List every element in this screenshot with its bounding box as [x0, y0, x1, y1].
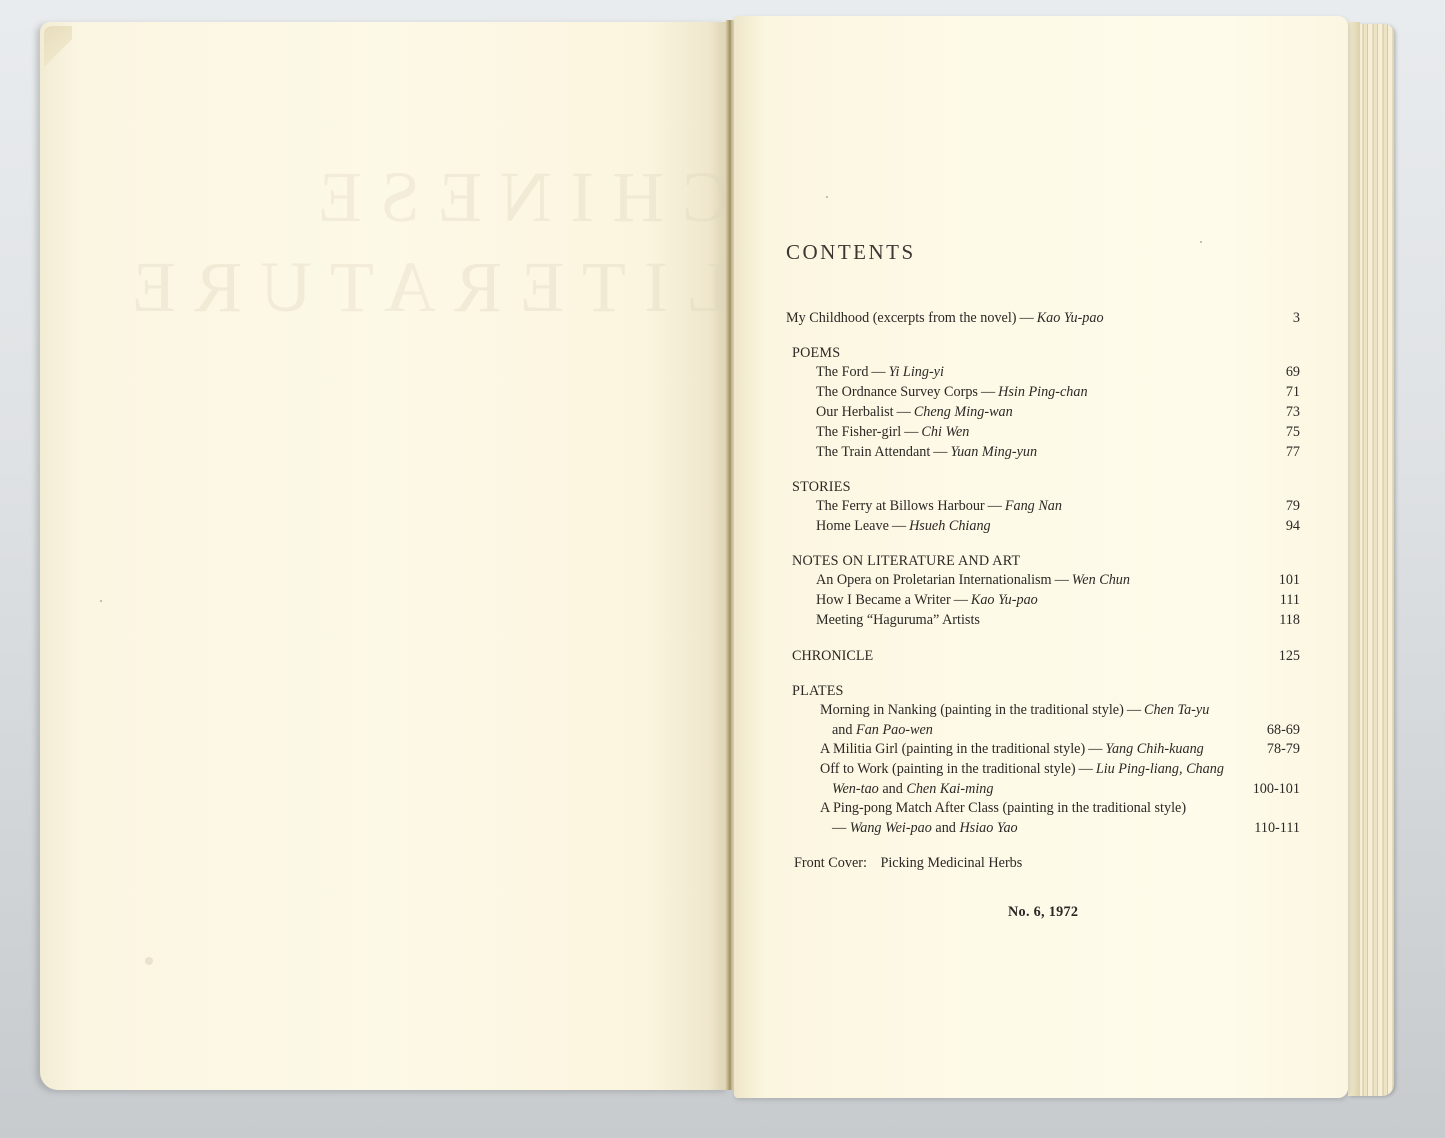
entry-author-2: Hsiao Yao: [959, 820, 1017, 836]
entry-author: Kao Yu-pao: [971, 592, 1038, 608]
front-cover-label: Front Cover:: [794, 855, 867, 871]
entry-title: How I Became a Writer: [816, 592, 951, 608]
entry-dash: —: [1124, 702, 1144, 718]
entry-conjunction: and: [832, 722, 853, 738]
entry-page-number: 94: [1286, 516, 1300, 536]
entry-author: Hsin Ping-chan: [998, 384, 1087, 400]
left-page: CHINESE LITERATURE: [40, 22, 730, 1090]
entry-author: Chi Wen: [921, 424, 969, 440]
entry-page-number: 71: [1286, 382, 1300, 402]
table-of-contents: CONTENTS My Childhood (excerpts from the…: [786, 240, 1300, 270]
entry-dash: —: [889, 518, 909, 534]
show-through-text: CHINESE LITERATURE: [280, 152, 730, 332]
entry-page-number: 3: [1293, 308, 1300, 328]
paper-speck: [100, 600, 102, 602]
section-heading-notes: NOTES ON LITERATURE AND ART: [792, 551, 1020, 571]
entry-author: Wen Chun: [1072, 572, 1130, 588]
entry-author: Fan Pao-wen: [856, 722, 933, 738]
entry-title: The Ferry at Billows Harbour: [816, 498, 985, 514]
entry-author: Yi Ling-yi: [889, 364, 944, 380]
entry-dash: —: [868, 364, 888, 380]
entry-author: Fang Nan: [1005, 498, 1062, 514]
entry-author: Chen Ta-yu: [1144, 702, 1209, 718]
entry-title: A Ping-pong Match After Class (painting …: [820, 800, 1186, 816]
toc-entry[interactable]: The Ferry at Billows Harbour—Fang Nan 79: [816, 496, 1300, 516]
section-heading-plates: PLATES: [792, 681, 844, 701]
section-heading-poems: POEMS: [792, 343, 840, 363]
entry-dash: —: [930, 444, 950, 460]
entry-title: Meeting “Haguruma” Artists: [816, 612, 980, 628]
dog-eared-corner: [44, 26, 72, 66]
contents-heading: CONTENTS: [786, 240, 1300, 270]
entry-title: The Fisher-girl: [816, 424, 901, 440]
page-edge-shadow: [1348, 22, 1360, 1096]
entry-author: Yuan Ming-yun: [950, 444, 1037, 460]
section-heading-stories: STORIES: [792, 477, 851, 497]
entry-page-number: 110-111: [1254, 818, 1300, 838]
entry-dash: —: [951, 592, 971, 608]
entry-title: Morning in Nanking (painting in the trad…: [820, 702, 1124, 718]
entry-dash: —: [1017, 310, 1037, 326]
entry-title: The Ordnance Survey Corps: [816, 384, 978, 400]
toc-entry[interactable]: An Opera on Proletarian Internationalism…: [816, 570, 1300, 590]
toc-entry[interactable]: How I Became a Writer—Kao Yu-pao 111: [816, 590, 1300, 610]
entry-title: Our Herbalist: [816, 404, 894, 420]
entry-title: Home Leave: [816, 518, 889, 534]
entry-dash: —: [1052, 572, 1072, 588]
section-heading-chronicle: CHRONICLE: [792, 648, 873, 664]
entry-page-number: 101: [1279, 570, 1300, 590]
toc-plate-entry-continuation[interactable]: and Fan Pao-wen 68-69: [832, 720, 1300, 740]
entry-dash: —: [1076, 761, 1096, 777]
toc-entry[interactable]: The Ford—Yi Ling-yi 69: [816, 362, 1300, 382]
toc-entry-chronicle[interactable]: CHRONICLE 125: [792, 646, 1300, 666]
entry-author: Kao Yu-pao: [1037, 310, 1104, 326]
entry-conjunction: and: [882, 781, 903, 797]
entry-title: My Childhood (excerpts from the novel): [786, 310, 1017, 326]
entry-conjunction: and: [935, 820, 956, 836]
entry-dash: —: [901, 424, 921, 440]
entry-title: The Train Attendant: [816, 444, 930, 460]
entry-page-number: 100-101: [1253, 779, 1300, 799]
toc-plate-entry-continuation[interactable]: — Wang Wei-pao and Hsiao Yao 110-111: [832, 818, 1300, 838]
entry-page-number: 79: [1286, 496, 1300, 516]
entry-dash: —: [894, 404, 914, 420]
entry-page-number: 111: [1280, 590, 1300, 610]
entry-author: Liu Ping-liang, Chang: [1096, 761, 1224, 777]
entry-page-number: 125: [1279, 646, 1300, 666]
entry-dash: —: [832, 820, 846, 836]
toc-entry[interactable]: The Ordnance Survey Corps—Hsin Ping-chan…: [816, 382, 1300, 402]
entry-page-number: 68-69: [1267, 720, 1300, 740]
paper-speck: [145, 957, 153, 965]
entry-page-number: 75: [1286, 422, 1300, 442]
front-cover-note: Front Cover: Picking Medicinal Herbs: [794, 853, 1022, 873]
toc-plate-entry[interactable]: A Militia Girl (painting in the traditio…: [820, 739, 1300, 759]
entry-page-number: 73: [1286, 402, 1300, 422]
entry-dash: —: [1085, 741, 1105, 757]
entry-author: Wang Wei-pao: [850, 820, 932, 836]
toc-entry[interactable]: Meeting “Haguruma” Artists 118: [816, 610, 1300, 630]
entry-page-number: 77: [1286, 442, 1300, 462]
entry-page-number: 69: [1286, 362, 1300, 382]
entry-dash: —: [985, 498, 1005, 514]
front-cover-title: Picking Medicinal Herbs: [880, 855, 1022, 871]
entry-page-number: 78-79: [1267, 739, 1300, 759]
entry-title: Off to Work (painting in the traditional…: [820, 761, 1076, 777]
entry-author-2: Chen Kai-ming: [906, 781, 993, 797]
entry-author: Wen-tao: [832, 781, 879, 797]
entry-title: The Ford: [816, 364, 868, 380]
entry-author: Cheng Ming-wan: [914, 404, 1013, 420]
entry-author: Yang Chih-kuang: [1105, 741, 1203, 757]
entry-title: An Opera on Proletarian Internationalism: [816, 572, 1052, 588]
toc-entry[interactable]: Our Herbalist—Cheng Ming-wan 73: [816, 402, 1300, 422]
toc-entry[interactable]: The Train Attendant—Yuan Ming-yun 77: [816, 442, 1300, 462]
entry-author: Hsueh Chiang: [909, 518, 991, 534]
toc-entry[interactable]: The Fisher-girl—Chi Wen 75: [816, 422, 1300, 442]
toc-entry-my-childhood[interactable]: My Childhood (excerpts from the novel)—K…: [786, 308, 1300, 328]
entry-dash: —: [978, 384, 998, 400]
toc-entry[interactable]: Home Leave—Hsueh Chiang 94: [816, 516, 1300, 536]
book-gutter: [726, 20, 734, 1090]
entry-title: A Militia Girl (painting in the traditio…: [820, 741, 1085, 757]
toc-plate-entry[interactable]: A Ping-pong Match After Class (painting …: [820, 798, 1300, 818]
toc-plate-entry-continuation[interactable]: Wen-tao and Chen Kai-ming 100-101: [832, 779, 1300, 799]
issue-number: No. 6, 1972: [1008, 904, 1078, 921]
toc-plate-entry[interactable]: Off to Work (painting in the traditional…: [820, 759, 1300, 779]
toc-plate-entry[interactable]: Morning in Nanking (painting in the trad…: [820, 700, 1300, 720]
entry-page-number: 118: [1279, 610, 1300, 630]
paper-speck: [826, 196, 828, 198]
